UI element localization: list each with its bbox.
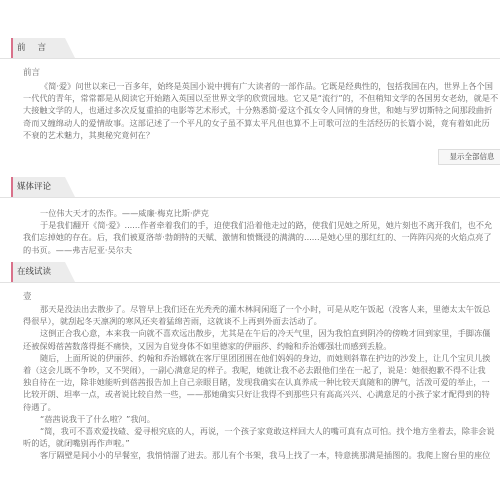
trial-paragraph: 客厅隔壁是间小小的早餐室，我悄悄溜了进去。那儿有个书架，我马上找了一本，特意挑那…: [0, 449, 500, 461]
preface-paragraph: 大接触文学的人，也通过多次反复重拍的电影等艺术形式，十分熟悉简·爱这个孤女令人同…: [0, 104, 500, 116]
show-all-info-button[interactable]: 显示全部信息: [438, 149, 500, 165]
trial-paragraph: 听的话，就闭嘴别再作声啦。”: [0, 437, 500, 449]
media-reviews-section: 媒体评论 一位伟大天才的杰作。——威廉·梅克比斯·萨克 于是我们翻开《简·爱》.…: [0, 177, 500, 256]
trial-paragraph: “蓓茜说我干了什么啦？”我问。: [0, 413, 500, 425]
media-reviews-header: 媒体评论: [0, 177, 500, 198]
trial-paragraph: 还被保姆蓓茜数落得挺不痛快，又因为自觉身体不如里德家的伊丽莎、约翰和乔治娜强壮而…: [0, 340, 500, 352]
review-paragraph: 于是我们翻开《简·爱》......作者牵着我们的手，迫使我们沿着他走过的路，使我…: [0, 219, 500, 231]
review-paragraph: 一位伟大天才的杰作。——威廉·梅克比斯·萨克: [0, 207, 500, 219]
preface-paragraph: 奇而又缠绵动人的爱情故事。这部记述了一个平凡的女子虽不算太平凡但也算不上可歌可泣…: [0, 117, 500, 129]
trial-paragraph: 随后，上面所说的伊丽莎、约翰和乔治娜就在客厅里团团围在他们妈妈的身边，而她则斜靠…: [0, 352, 500, 364]
preface-paragraph: 一代代的青年，常常都是从阅读它开始踏入英国以至世界文学的欣赏园地。它又是“流行”…: [0, 92, 500, 104]
trial-paragraph: 得很早），就刮起冬天凛冽的寒风还夹着猛绵苦雨，这就谈不上再到外面去活动了。: [0, 315, 500, 327]
trial-reading-tab: 在线试读: [11, 262, 65, 282]
preface-section: 前言 前言 《简·爱》问世以来已一百多年，始终是英国小说中拥有广大读者的一部作品…: [0, 38, 500, 141]
review-paragraph: 的书页。——弗吉尼亚·吴尔夫: [0, 244, 500, 256]
trial-paragraph: 比较开朗、坦率一点，或者说比较自然一些，——那她确实只好让我得不到那些只有高高兴…: [0, 388, 500, 400]
chapter-title: 壹: [0, 290, 500, 302]
preface-header: 前言: [0, 38, 500, 59]
trial-paragraph: 待遇了。: [0, 401, 500, 413]
trial-paragraph: 这倒正合我心意，本来我一向就不喜欢远出散步，尤其是在午后的冷天气里，因为我怕直到…: [0, 327, 500, 339]
trial-paragraph: 独自待在一边，除非她能听到蓓茜报告加上自己亲眼目睹，发现我确实在认真养成一种比较…: [0, 376, 500, 388]
trial-reading-section: 在线试读 壹 那天是没法出去散步了。尽管早上我们还在光秃秃的灌木林间闲逛了一个小…: [0, 262, 500, 462]
trial-reading-header: 在线试读: [0, 262, 500, 283]
review-paragraph: 我们忘掉她的存在。后，我们被夏洛蒂·勃朗特的天赋、激情和愤慨浸的满满的.....…: [0, 231, 500, 243]
trial-paragraph: 着（这会儿既不争吵，又不哭闹），一副心满意足的样子。我呢，她就让我不必去跟他们坐…: [0, 364, 500, 376]
preface-paragraph: 《简·爱》问世以来已一百多年，始终是英国小说中拥有广大读者的一部作品。它既是经典…: [0, 80, 500, 92]
preface-paragraph: 不衰的艺术魅力，其奥秘究竟何在？: [0, 129, 500, 141]
trial-paragraph: “简，我可不喜欢爱找碴、爱寻根究底的人，再说，一个孩子家竟敢这样回大人的嘴可真有…: [0, 425, 500, 437]
media-reviews-tab: 媒体评论: [11, 177, 65, 197]
preface-subtitle: 前言: [0, 66, 500, 78]
preface-tab: 前言: [11, 38, 65, 58]
trial-paragraph: 那天是没法出去散步了。尽管早上我们还在光秃秃的灌木林间闲逛了一个小时，可是从吃午…: [0, 303, 500, 315]
